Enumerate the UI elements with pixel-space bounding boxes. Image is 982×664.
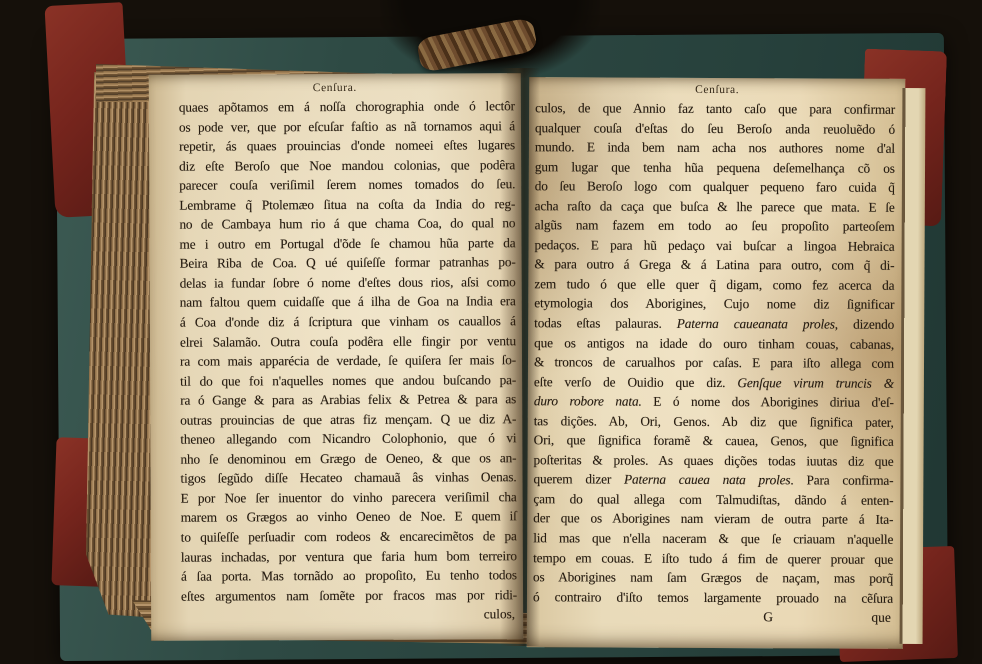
- text-line: querem dizer Paterna cauea nata proles. …: [533, 470, 893, 491]
- right-page-text: culos, de que Annio faz tanto caſo que p…: [533, 98, 895, 608]
- text-line: ra com mais apparécia de verdade, ſe qui…: [180, 350, 516, 371]
- text-line: gum lugar que tenha hũa pequena deſemelh…: [535, 157, 895, 178]
- signature-row: G que: [533, 606, 893, 628]
- text-line: duro robore nata. E ó nome dos Aborigine…: [534, 391, 894, 412]
- text-line: qualquer couſa d'eſtas do ſeu Beroſo and…: [535, 118, 895, 139]
- text-line: & troncos de carualhos por caſas. E para…: [534, 352, 894, 373]
- open-book-photo: Cenſura. quaes apõtamos em á noſſa choro…: [0, 0, 982, 664]
- left-page: Cenſura. quaes apõtamos em á noſſa choro…: [149, 73, 523, 641]
- left-page-catchword: culos,: [151, 604, 515, 626]
- text-line: á ſaa porta. Mas tornãdo ao propoſito, E…: [181, 565, 517, 586]
- text-line: eſte verſo de Ouidio que diz. Genſque vi…: [534, 372, 894, 393]
- text-line: nam faltou quem cuidaſſe que á ilha de G…: [180, 292, 516, 313]
- text-line: poſteritas & proles. As quaes dições tod…: [534, 450, 894, 471]
- text-line: me i outro em Portugal d'õde ſe chamou h…: [179, 233, 515, 254]
- running-title-right: Cenſura.: [529, 83, 905, 97]
- text-line: pedaços. E para hũ pedaço vai buſcar a l…: [534, 235, 894, 256]
- text-line: der que os Aborigines nam vieram de outr…: [533, 509, 893, 530]
- text-line: mundo. E inda bem nam acha nos authores …: [535, 137, 895, 158]
- text-line: lid mas que n'ella naceram & que ſe cria…: [533, 528, 893, 549]
- text-line: diz eſte Beroſo que Noe mandou colonias,…: [179, 155, 515, 176]
- text-line: marem os Grægos ao vinho Oeneo de Noe. E…: [181, 507, 517, 528]
- text-line: no de Cambaya hum rio á que chama Coa, d…: [179, 213, 515, 234]
- text-line: do ſeu Beroſo logo com qualquer pequeno …: [535, 176, 895, 197]
- text-line: delas ia fundar ſobre ó nome d'eſtes dou…: [180, 272, 516, 293]
- running-title-left: Cenſura.: [149, 81, 521, 95]
- text-line: ra ó Gange & para as Arabias felix & Pet…: [180, 389, 516, 410]
- text-line: os pode ver, que por eſcuſar faſtio as n…: [179, 116, 515, 137]
- text-line: algũs nam fazem em todo ao ſeu propoſito…: [535, 215, 895, 236]
- gathering-signature: G: [763, 607, 773, 627]
- text-line: E por Noe ſer inuentor do vinho parecera…: [181, 487, 517, 508]
- text-line: culos, de que Annio faz tanto caſo que p…: [535, 98, 895, 119]
- text-line: & para outro á Grega & á Latina para out…: [534, 255, 894, 276]
- text-line: que os antigos na idade do ouro tinham c…: [534, 333, 894, 354]
- text-line: zem tudo ó que elle quer q̃ digam, como …: [534, 274, 894, 295]
- text-line: quaes apõtamos em á noſſa chorographia o…: [179, 96, 515, 117]
- text-line: outras prouincias de que atras fiz mença…: [180, 409, 516, 430]
- left-page-text: quaes apõtamos em á noſſa chorographia o…: [179, 96, 517, 606]
- text-line: eſtes argumentos nam ſomẽte por fracos m…: [181, 585, 517, 606]
- text-line: theneo allegando com Nicandro Colophonio…: [180, 429, 516, 450]
- text-line: repetir, ás quaes prouincias d'onde nome…: [179, 135, 515, 156]
- text-line: Beira Riba de Coa. Q ué quiſeſſe formar …: [180, 253, 516, 274]
- text-line: parecer couſa veriſimil ſerem nomes toma…: [179, 174, 515, 195]
- text-line: tempo em couas. E iſto tudo á fim de que…: [533, 548, 893, 569]
- text-line: os Aborigines nam ſam Grægos de naçam, m…: [533, 567, 893, 588]
- text-line: ó contrairo d'iſto temos largamente prou…: [533, 587, 893, 608]
- text-line: lauras inchadas, por ventura que faria h…: [181, 546, 517, 567]
- right-page-edge: [900, 88, 926, 644]
- text-line: elrei Salamão. Outra couſa podêra elle f…: [180, 331, 516, 352]
- text-line: á Coa d'onde diz á ſcriptura que vinham …: [180, 311, 516, 332]
- text-line: Ori, que ſignifica foramẽ & cauea, Genos…: [534, 431, 894, 452]
- text-line: nho ſe denominou em Grægo de Oeneo, & qu…: [180, 448, 516, 469]
- text-line: etymologia dos Aborigines, Cujo nome diz…: [534, 294, 894, 315]
- right-page: Cenſura. culos, de que Annio faz tanto c…: [527, 77, 905, 649]
- text-line: to quiſeſſe perſuadir com rodeos & encar…: [181, 526, 517, 547]
- text-line: Lembrame q̃ Ptolemæo ſitua na coſta da I…: [179, 194, 515, 215]
- text-line: til do que foi n'aquelles nomes que ando…: [180, 370, 516, 391]
- text-line: çam do qual allega com Talmudiſtas, dãnd…: [533, 489, 893, 510]
- text-line: tas dições. Ab, Ori, Genos. Ab diz que ſ…: [534, 411, 894, 432]
- right-page-catchword: que: [871, 608, 891, 628]
- text-line: tigos ſegũdo diſſe Hecateo chamauã âs vi…: [180, 468, 516, 489]
- text-line: acha raſto da caça que buſca & lhe parec…: [535, 196, 895, 217]
- text-line: todas eſtas palauras. Paterna caueanata …: [534, 313, 894, 334]
